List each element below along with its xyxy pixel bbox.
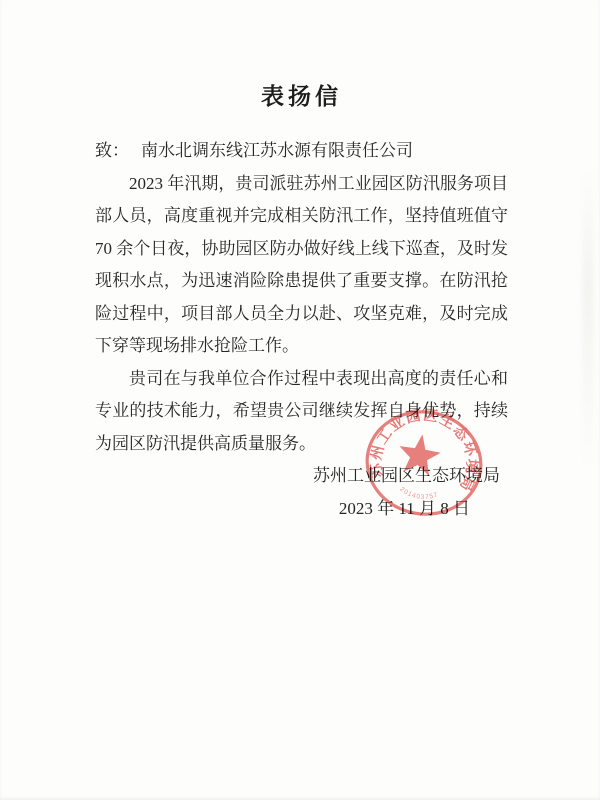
recipient-name: 南水北调东线江苏水源有限责任公司 [141,141,413,160]
signature-org: 苏州工业园区生态环境局 [95,460,508,493]
recipient-line: 致：南水北调东线江苏水源有限责任公司 [95,135,508,168]
paragraph-1: 2023 年汛期，贵司派驻苏州工业园区防汛服务项目部人员，高度重视并完成相关防汛… [95,168,508,363]
scan-artifact [582,170,594,470]
paragraph-2: 贵司在与我单位合作过程中表现出高度的责任心和专业的技术能力，希望贵公司继续发挥自… [95,363,508,461]
signature-date: 2023 年 11 月 8 日 [95,493,508,526]
letter-page: 表扬信 致：南水北调东线江苏水源有限责任公司 2023 年汛期，贵司派驻苏州工业… [0,0,600,800]
recipient-label: 致： [95,141,129,160]
letter-title: 表扬信 [95,84,508,110]
letter-body: 表扬信 致：南水北调东线江苏水源有限责任公司 2023 年汛期，贵司派驻苏州工业… [95,84,508,525]
